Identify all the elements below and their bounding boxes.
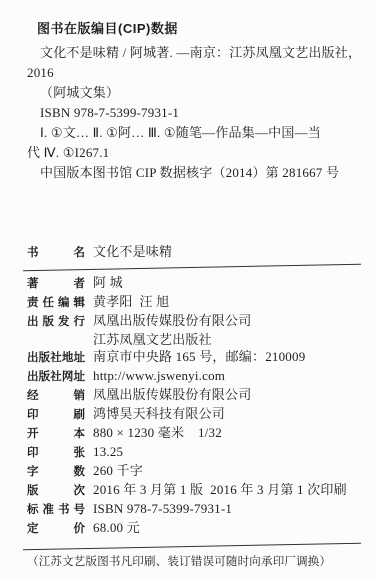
divider bbox=[23, 264, 361, 271]
colophon-row: 定价68.00 元 bbox=[27, 519, 361, 538]
colophon-row-label: 标准书号 bbox=[27, 502, 85, 519]
colophon-row: 字数260 千字 bbox=[27, 462, 361, 481]
cip-line: 2016 bbox=[27, 63, 361, 83]
cip-title: 图书在版编目(CIP)数据 bbox=[27, 18, 361, 37]
colophon-row: 书名文化不是味精 bbox=[27, 243, 361, 262]
colophon-row-label: 定价 bbox=[27, 521, 85, 538]
bottom-divider bbox=[23, 543, 361, 550]
colophon-row-label: 字数 bbox=[27, 464, 85, 481]
colophon-row-label: 出版社网址 bbox=[27, 369, 85, 386]
colophon-table: 书名文化不是味精著者阿 城责任编辑黄孝阳 汪 旭出版发行凤凰出版传媒股份有限公司… bbox=[27, 243, 361, 569]
colophon-row-label: 责任编辑 bbox=[27, 295, 85, 312]
colophon-row-value: 鸿博昊天科技有限公司 bbox=[93, 405, 225, 422]
colophon-row-label: 印张 bbox=[27, 445, 85, 462]
colophon-row: 出版社地址南京市中央路 165 号，邮编：210009 bbox=[27, 348, 361, 367]
colophon-row-value: 260 千字 bbox=[93, 462, 143, 479]
colophon-row: 出版社网址http://www.jswenyi.com bbox=[27, 367, 361, 386]
cip-line: （阿城文集） bbox=[27, 83, 361, 103]
colophon-row-value: http://www.jswenyi.com bbox=[93, 367, 225, 384]
colophon-row-label: 经销 bbox=[27, 388, 85, 405]
cip-line: 代 Ⅳ. ①I267.1 bbox=[27, 143, 361, 163]
cip-line: Ⅰ. ①文… Ⅱ. ①阿… Ⅲ. ①随笔—作品集—中国—当 bbox=[27, 123, 361, 143]
colophon-row: 印刷鸿博昊天科技有限公司 bbox=[27, 405, 361, 424]
colophon-row: 版次2016 年 3 月第 1 版 2016 年 3 月第 1 次印刷 bbox=[27, 481, 361, 500]
cip-block: 图书在版编目(CIP)数据 文化不是味精 / 阿城著. —南京：江苏凤凰文艺出版… bbox=[27, 18, 361, 183]
colophon-row: 开本880 × 1230 毫米 1/32 bbox=[27, 424, 361, 443]
cip-line: ISBN 978-7-5399-7931-1 bbox=[27, 103, 361, 123]
colophon-row: 经销凤凰出版传媒股份有限公司 bbox=[27, 386, 361, 405]
colophon-row-value: 阿 城 bbox=[93, 274, 123, 291]
colophon-row: 出版发行凤凰出版传媒股份有限公司 bbox=[27, 312, 361, 331]
colophon-row-value: 黄孝阳 汪 旭 bbox=[93, 293, 169, 310]
colophon-row-value: 880 × 1230 毫米 1/32 bbox=[93, 424, 222, 441]
colophon-row-value: 2016 年 3 月第 1 版 2016 年 3 月第 1 次印刷 bbox=[93, 481, 347, 498]
colophon-row-value: 凤凰出版传媒股份有限公司 bbox=[93, 386, 251, 403]
colophon-row-value: 68.00 元 bbox=[93, 519, 140, 536]
colophon-row: 责任编辑黄孝阳 汪 旭 bbox=[27, 293, 361, 312]
colophon-row-label: 书名 bbox=[27, 245, 85, 262]
colophon-row-label: 著者 bbox=[27, 276, 85, 293]
cip-line: 文化不是味精 / 阿城著. —南京：江苏凤凰文艺出版社， bbox=[27, 43, 361, 63]
colophon-row-value: ISBN 978-7-5399-7931-1 bbox=[93, 500, 232, 517]
colophon-row-label: 出版社地址 bbox=[27, 350, 85, 367]
colophon-rows: 书名文化不是味精著者阿 城责任编辑黄孝阳 汪 旭出版发行凤凰出版传媒股份有限公司… bbox=[27, 243, 361, 538]
colophon-row: 著者阿 城 bbox=[27, 274, 361, 293]
colophon-row: 印张13.25 bbox=[27, 443, 361, 462]
colophon-row-label: 出版发行 bbox=[27, 314, 85, 331]
colophon-row-value: 南京市中央路 165 号，邮编：210009 bbox=[93, 348, 305, 365]
colophon-row-value-continued: 江苏凤凰文艺出版社 bbox=[27, 331, 361, 348]
colophon-row-value: 文化不是味精 bbox=[93, 243, 172, 260]
colophon-row: 标准书号ISBN 978-7-5399-7931-1 bbox=[27, 500, 361, 519]
colophon-row-value: 13.25 bbox=[93, 443, 123, 460]
colophon-row-label: 印刷 bbox=[27, 407, 85, 424]
scanned-copyright-page: 图书在版编目(CIP)数据 文化不是味精 / 阿城著. —南京：江苏凤凰文艺出版… bbox=[0, 0, 375, 580]
exchange-note: （江苏文艺版图书凡印刷、装订错误可随时向承印厂调换） bbox=[27, 553, 361, 569]
cip-lines: 文化不是味精 / 阿城著. —南京：江苏凤凰文艺出版社，2016（阿城文集）IS… bbox=[27, 43, 361, 183]
colophon-row-value: 凤凰出版传媒股份有限公司 bbox=[93, 312, 251, 329]
cip-line: 中国版本图书馆 CIP 数据核字（2014）第 281667 号 bbox=[27, 163, 361, 183]
colophon-row-label: 版次 bbox=[27, 483, 85, 500]
colophon-row-label: 开本 bbox=[27, 426, 85, 443]
